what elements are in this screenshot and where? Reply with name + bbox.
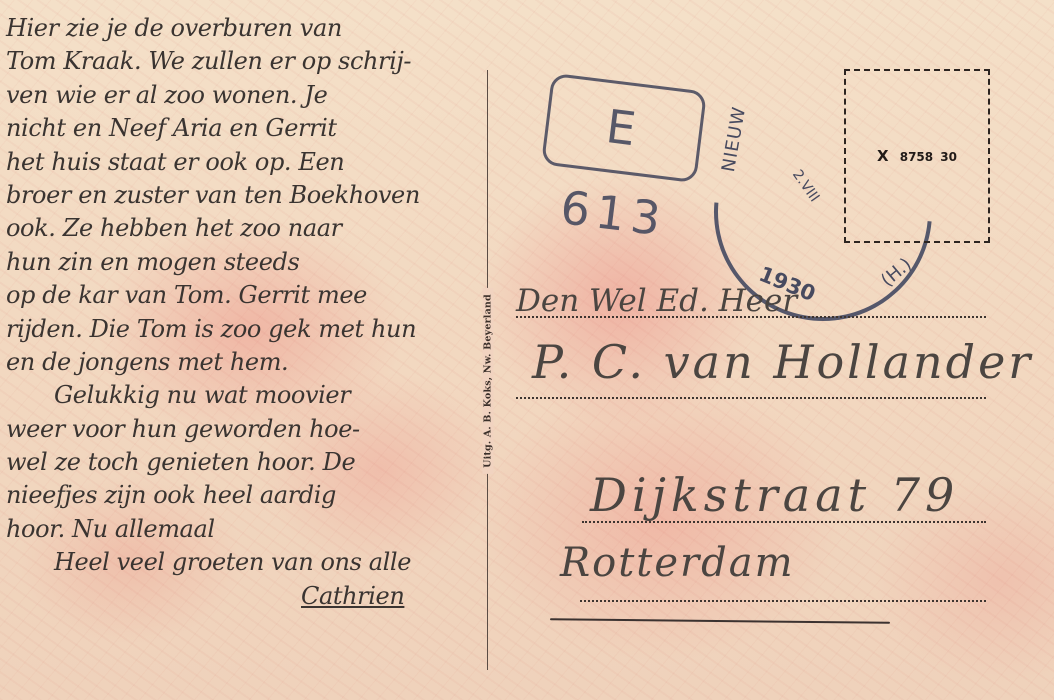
message-line: en de jongens met hem. [6,346,484,379]
stamp-code-number: 8758 30 [900,150,957,164]
address-line-4-rule [580,600,986,602]
address-line-2-rule [516,397,986,399]
handwritten-message: Hier zie je de overburen van Tom Kraak. … [6,12,484,613]
cancellation-box-stamp: E 613 [541,73,707,183]
address-underline [550,618,890,624]
message-line: Hier zie je de overburen van [6,12,484,45]
publisher-imprint: Uitg. A. B. Koks, Nw. Beyerland [483,288,494,474]
stamp-code-prefix: X [877,147,889,165]
message-line: Tom Kraak. We zullen er op schrij- [6,45,484,78]
address-name: P. C. van Hollander [532,335,1033,389]
address-street: Dijkstraat 79 [590,468,959,522]
message-line: nieefjes zijn ook heel aardig [6,479,484,512]
message-line: hoor. Nu allemaal [6,513,484,546]
message-line: wel ze toch genieten hoor. De [6,446,484,479]
address-city: Rotterdam [560,540,795,586]
stamp-code: X 8758 30 [846,147,988,165]
message-line: rijden. Die Tom is zoo gek met hun [6,313,484,346]
message-line: broer en zuster van ten Boekhoven [6,179,484,212]
stamp-placeholder-box: X 8758 30 [844,69,990,243]
message-line: Heel veel groeten van ons alle [6,546,484,579]
message-line: Gelukkig nu wat moovier [6,379,484,412]
address-salutation: Den Wel Ed. Heer [516,283,797,319]
message-line: hun zin en mogen steeds [6,246,484,279]
postcard-back: Hier zie je de overburen van Tom Kraak. … [0,0,1054,700]
signature: Cathrien [6,580,484,613]
message-line: het huis staat er ook op. Een [6,146,484,179]
message-line: op de kar van Tom. Gerrit mee [6,279,484,312]
message-line: ven wie er al zoo wonen. Je [6,79,484,112]
message-line: weer voor hun geworden hoe- [6,413,484,446]
message-line: ook. Ze hebben het zoo naar [6,212,484,245]
message-line: nicht en Neef Aria en Gerrit [6,112,484,145]
